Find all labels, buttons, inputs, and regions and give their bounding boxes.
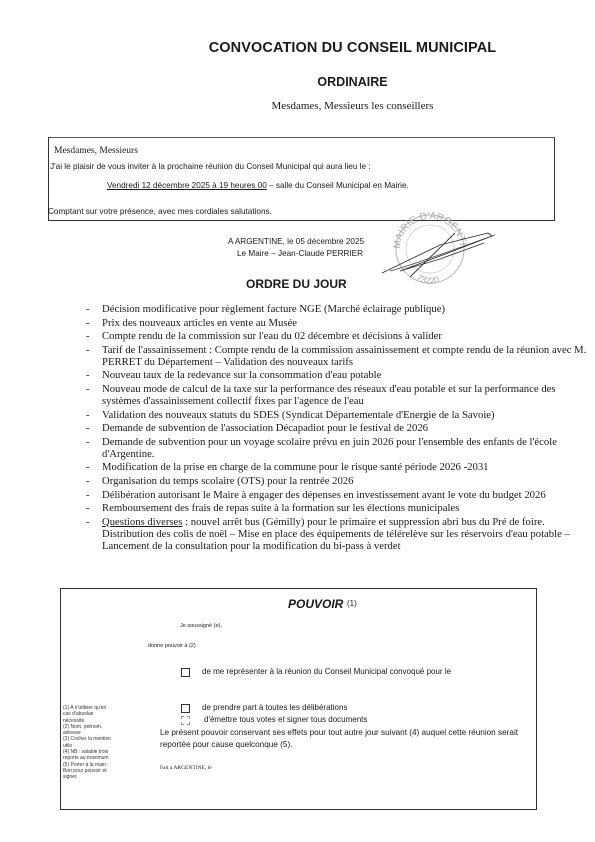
agenda-item: Tarif de l'assainissement : Compte rendu… <box>56 344 595 368</box>
agenda-item: Questions diverses : nouvel arrêt bus (G… <box>56 516 595 552</box>
proxy-title: POUVOIR <box>288 597 343 611</box>
meeting-datetime: Vendredi 12 décembre 2025 à 19 heures 00 <box>107 181 267 190</box>
agenda-item: Organisation du temps scolaire (OTS) pou… <box>56 475 595 487</box>
represent-checkbox[interactable] <box>181 668 190 677</box>
place-date: A ARGENTINE, le 05 décembre 2025 <box>228 237 364 246</box>
footnote: (5) Porter à la main : Bon pour pouvoir … <box>63 762 113 781</box>
represent-option-label: de me représenter à la réunion du Consei… <box>202 667 451 676</box>
footnote: (2) Nom, prénom, adresse <box>63 724 113 737</box>
agenda-item: Nouveau mode de calcul de la taxe sur la… <box>56 383 595 407</box>
agenda-item: Nouveau taux de la redevance sur la cons… <box>56 369 595 381</box>
agenda-item: Validation des nouveaux statuts du SDES … <box>56 409 595 421</box>
document-title: CONVOCATION DU CONSEIL MUNICIPAL <box>0 40 595 56</box>
svg-text:73220: 73220 <box>415 272 441 286</box>
agenda-item-label: Questions diverses <box>102 516 182 528</box>
agenda-item: Délibération autorisant le Maire à engag… <box>56 489 595 501</box>
give-power-label: donne pouvoir à (2) <box>148 643 196 649</box>
agenda-item: Demande de subvention pour un voyage sco… <box>56 436 595 460</box>
mairie-stamp-signature-icon: MAIRIE D'ARGENTINE 73220 <box>380 203 500 293</box>
stamp-code: 73220 <box>415 272 441 286</box>
footnote: (3) Cocher la mention utile <box>63 736 113 749</box>
footnote: (4) NB : valable trois reports au maximu… <box>63 749 113 762</box>
signed-at-label: Fait à ARGENTINE, le <box>160 765 212 771</box>
agenda-item: Remboursement des frais de repas suite à… <box>56 502 595 514</box>
mayor-name: Le Maire – Jean-Claude PERRIER <box>237 249 363 258</box>
stamp-text: MAIRIE D'ARGENTINE <box>380 203 468 249</box>
vote-sign-option-label: d'émettre tous votes et signer tous docu… <box>204 715 367 724</box>
take-part-checkbox[interactable] <box>181 704 190 713</box>
agenda-item: Prix des nouveaux articles en vente au M… <box>56 317 595 329</box>
take-part-option-label: de prendre part à toutes les délibératio… <box>202 703 347 712</box>
svg-text:MAIRIE D'ARGENTINE: MAIRIE D'ARGENTINE <box>380 203 468 249</box>
undersigned-label: Je soussigné (e), <box>180 623 222 629</box>
agenda-item: Demande de subvention de l'association D… <box>56 422 595 434</box>
invitation-closing: Comptant sur votre présence, avec mes co… <box>48 207 272 216</box>
agenda-list: Décision modificative pour règlement fac… <box>56 303 595 553</box>
proxy-validity-text: Le présent pouvoir conservant ses effets… <box>160 727 532 751</box>
document-subtitle: ORDINAIRE <box>0 75 595 89</box>
agenda-item: Modification de la prise en charge de la… <box>56 461 595 473</box>
meeting-date-line: Vendredi 12 décembre 2025 à 19 heures 00… <box>107 181 409 190</box>
footnote: (1) A n'utiliser qu'en cas d'absolue néc… <box>63 705 113 724</box>
agenda-title: ORDRE DU JOUR <box>246 277 347 291</box>
meeting-place: – salle du Conseil Municipal en Mairie. <box>267 181 409 190</box>
invitation-greeting: Mesdames, Messieurs <box>54 146 138 156</box>
agenda-item: Décision modificative pour règlement fac… <box>56 303 595 315</box>
invitation-text: J'ai le plaisir de vous inviter à la pro… <box>50 162 371 171</box>
proxy-form-box <box>60 588 537 810</box>
vote-sign-checkbox[interactable] <box>181 716 190 725</box>
proxy-footnote-ref: (1) <box>347 599 357 608</box>
salutation: Mesdames, Messieurs les conseillers <box>0 100 595 112</box>
proxy-footnotes: (1) A n'utiliser qu'en cas d'absolue néc… <box>63 705 113 781</box>
agenda-item: Compte rendu de la commission sur l'eau … <box>56 330 595 342</box>
